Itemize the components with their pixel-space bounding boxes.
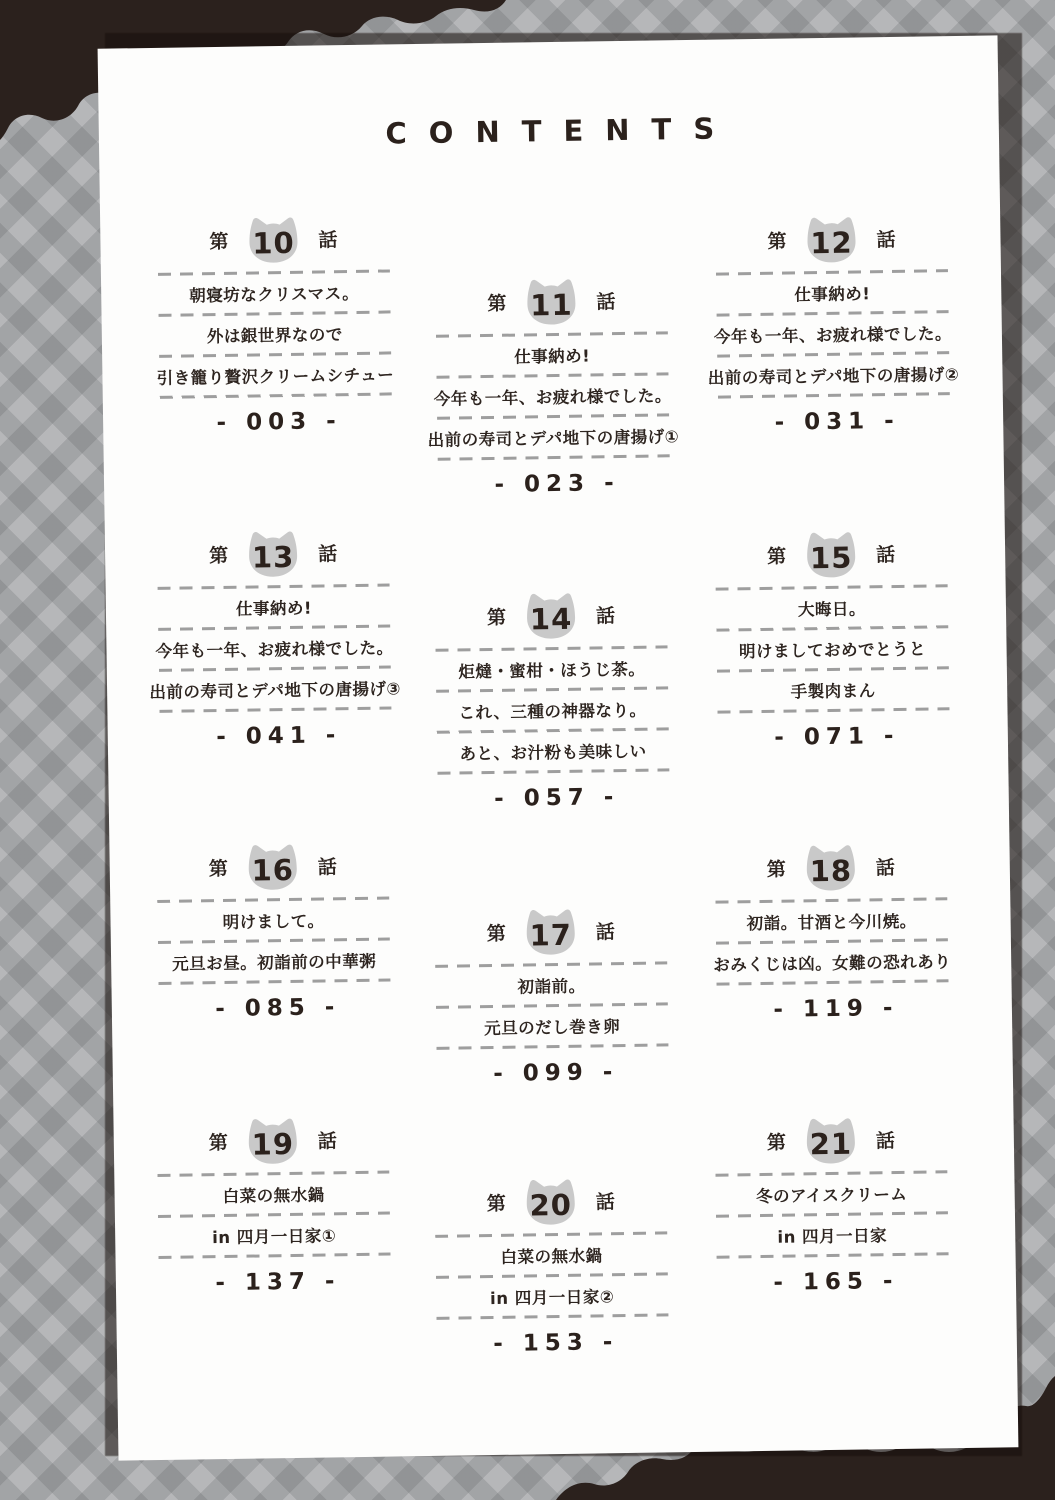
chapter-suffix: 話: [876, 1126, 895, 1153]
chapter-title-line: これ、三種の神器なり。: [402, 689, 703, 731]
page-title: CONTENTS: [99, 107, 999, 154]
chapter-title-line: 白菜の無水鍋: [123, 1173, 424, 1215]
chapter-entry[interactable]: 第19話白菜の無水鍋in 四月一日家①- 137 -: [122, 1112, 425, 1309]
chapter-entry[interactable]: 第11話仕事納め!今年も一年、お疲れ様でした。出前の寿司とデパ地下の唐揚げ①- …: [401, 273, 704, 511]
chapter-suffix: 話: [318, 852, 337, 879]
chapter-title-line: 炬燵・蜜柑・ほうじ茶。: [402, 648, 703, 690]
chapter-entry[interactable]: 第14話炬燵・蜜柑・ほうじ茶。これ、三種の神器なり。あと、お汁粉も美味しい- 0…: [401, 587, 704, 825]
chapter-prefix: 第: [209, 1127, 228, 1154]
chapter-title-line: 手製肉まん: [683, 669, 984, 711]
chapter-suffix: 話: [876, 853, 895, 880]
chapter-number: 18: [799, 841, 862, 894]
chapter-header: 第21話: [680, 1112, 981, 1168]
chapter-header: 第11話: [401, 273, 702, 329]
cat-badge-icon: 14: [520, 589, 583, 642]
chapter-header: 第13話: [123, 525, 424, 581]
chapter-header: 第18話: [680, 839, 981, 895]
cat-badge-icon: 11: [520, 275, 583, 328]
chapter-entry[interactable]: 第12話仕事納め!今年も一年、お疲れ様でした。出前の寿司とデパ地下の唐揚げ②- …: [681, 211, 984, 449]
cat-badge-icon: 20: [519, 1175, 582, 1228]
chapter-header: 第14話: [401, 587, 702, 643]
chapter-entry[interactable]: 第20話白菜の無水鍋in 四月一日家②- 153 -: [400, 1173, 703, 1370]
chapter-title-line: in 四月一日家②: [402, 1275, 703, 1317]
chapter-entry[interactable]: 第16話明けまして。元旦お昼。初詣前の中華粥- 085 -: [122, 838, 425, 1035]
chapter-title-line: 今年も一年、お疲れ様でした。: [403, 375, 704, 417]
chapter-title-line: 明けましておめでとうと: [682, 628, 983, 670]
chapter-title-line: 朝寝坊なクリスマス。: [124, 272, 425, 314]
chapter-number: 20: [519, 1175, 582, 1228]
chapter-entry[interactable]: 第18話初詣。甘酒と今川焼。おみくじは凶。女難の恐れあり- 119 -: [680, 839, 983, 1036]
chapter-suffix: 話: [596, 1187, 615, 1214]
chapter-title-line: 仕事納め!: [124, 586, 425, 628]
chapter-prefix: 第: [487, 918, 506, 945]
chapter-page-number: - 031 -: [684, 395, 985, 449]
cat-badge-icon: 12: [800, 212, 863, 265]
chapter-header: 第20話: [400, 1173, 701, 1229]
cat-badge-icon: 16: [241, 840, 304, 893]
chapter-title-line: 出前の寿司とデパ地下の唐揚げ③: [125, 668, 426, 710]
chapter-prefix: 第: [767, 226, 786, 253]
chapter-page-number: - 085 -: [124, 981, 425, 1035]
chapter-number: 13: [242, 527, 305, 580]
cat-badge-icon: 19: [241, 1114, 304, 1167]
chapter-title-line: あと、お汁粉も美味しい: [403, 730, 704, 772]
chapter-entry[interactable]: 第17話初詣前。元旦のだし巻き卵- 099 -: [400, 903, 703, 1100]
chapter-number: 17: [519, 905, 582, 958]
chapter-title-line: 引き籠り贅沢クリームシチュー: [125, 354, 426, 396]
chapter-number: 14: [520, 589, 583, 642]
chapter-suffix: 話: [318, 539, 337, 566]
chapter-number: 21: [799, 1114, 862, 1167]
chapter-page-number: - 099 -: [402, 1046, 703, 1100]
chapter-title-line: 初詣前。: [401, 964, 702, 1006]
chapter-prefix: 第: [767, 1127, 786, 1154]
chapter-suffix: 話: [596, 917, 615, 944]
chapter-entry[interactable]: 第21話冬のアイスクリームin 四月一日家- 165 -: [680, 1112, 983, 1309]
chapter-title-line: おみくじは凶。女難の恐れあり: [682, 941, 983, 983]
chapter-number: 10: [242, 213, 305, 266]
chapter-title-line: 仕事納め!: [402, 334, 703, 376]
chapter-title-line: 冬のアイスクリーム: [681, 1173, 982, 1215]
cat-badge-icon: 10: [242, 213, 305, 266]
chapter-title-line: in 四月一日家①: [124, 1214, 425, 1256]
chapter-prefix: 第: [767, 854, 786, 881]
chapter-suffix: 話: [318, 225, 337, 252]
chapter-prefix: 第: [209, 226, 228, 253]
cat-badge-icon: 15: [800, 527, 863, 580]
chapter-title-line: 明けまして。: [123, 899, 424, 941]
chapter-title-line: 初詣。甘酒と今川焼。: [681, 900, 982, 942]
cat-badge-icon: 18: [799, 841, 862, 894]
cat-badge-icon: 13: [242, 527, 305, 580]
cat-badge-icon: 17: [519, 905, 582, 958]
chapter-entry[interactable]: 第13話仕事納め!今年も一年、お疲れ様でした。出前の寿司とデパ地下の唐揚げ③- …: [123, 525, 426, 763]
chapter-title-line: 元旦のだし巻き卵: [402, 1005, 703, 1047]
chapter-title-line: 出前の寿司とデパ地下の唐揚げ②: [683, 354, 984, 396]
contents-screen: CONTENTS 第10話朝寝坊なクリスマス。外は銀世界なので引き籠り贅沢クリー…: [0, 0, 1055, 1500]
chapter-title-line: 大晦日。: [682, 587, 983, 629]
chapter-page-number: - 003 -: [126, 395, 427, 449]
chapter-title-line: 今年も一年、お疲れ様でした。: [683, 313, 984, 355]
chapter-title-line: 出前の寿司とデパ地下の唐揚げ①: [403, 416, 704, 458]
chapter-number: 16: [241, 840, 304, 893]
chapter-prefix: 第: [487, 602, 506, 629]
chapter-page-number: - 071 -: [684, 710, 985, 764]
chapter-prefix: 第: [209, 540, 228, 567]
chapter-suffix: 話: [596, 601, 615, 628]
chapter-header: 第16話: [122, 838, 423, 894]
chapter-number: 11: [520, 275, 583, 328]
chapter-header: 第15話: [681, 526, 982, 582]
chapter-header: 第12話: [681, 211, 982, 267]
chapter-title-line: 白菜の無水鍋: [401, 1234, 702, 1276]
chapter-number: 19: [241, 1114, 304, 1167]
chapter-page-number: - 023 -: [404, 457, 705, 511]
chapter-page-number: - 057 -: [403, 771, 704, 825]
chapter-title-line: 外は銀世界なので: [125, 313, 426, 355]
chapter-number: 12: [800, 212, 863, 265]
chapter-suffix: 話: [318, 1126, 337, 1153]
chapter-page-number: - 153 -: [402, 1316, 703, 1370]
chapter-page-number: - 165 -: [683, 1255, 984, 1309]
chapter-prefix: 第: [487, 1188, 506, 1215]
cat-badge-icon: 21: [799, 1114, 862, 1167]
chapter-suffix: 話: [876, 224, 895, 251]
chapter-suffix: 話: [596, 287, 615, 314]
chapter-header: 第19話: [122, 1112, 423, 1168]
chapter-prefix: 第: [487, 288, 506, 315]
chapter-page-number: - 041 -: [125, 709, 426, 763]
chapter-title-line: 仕事納め!: [682, 272, 983, 314]
chapter-prefix: 第: [209, 853, 228, 880]
chapter-title-line: in 四月一日家: [682, 1214, 983, 1256]
chapter-entry[interactable]: 第15話大晦日。明けましておめでとうと手製肉まん- 071 -: [681, 526, 984, 764]
chapter-entry[interactable]: 第10話朝寝坊なクリスマス。外は銀世界なので引き籠り贅沢クリームシチュー- 00…: [123, 211, 426, 449]
chapter-header: 第17話: [400, 903, 701, 959]
contents-paper: CONTENTS 第10話朝寝坊なクリスマス。外は銀世界なので引き籠り贅沢クリー…: [98, 35, 1019, 1460]
chapter-header: 第10話: [123, 211, 424, 267]
chapter-title-line: 今年も一年、お疲れ様でした。: [124, 627, 425, 669]
chapter-page-number: - 119 -: [683, 982, 984, 1036]
chapter-number: 15: [800, 527, 863, 580]
chapter-suffix: 話: [876, 539, 895, 566]
chapter-prefix: 第: [767, 541, 786, 568]
chapter-title-line: 元旦お昼。初詣前の中華粥: [124, 940, 425, 982]
chapter-page-number: - 137 -: [125, 1255, 426, 1309]
